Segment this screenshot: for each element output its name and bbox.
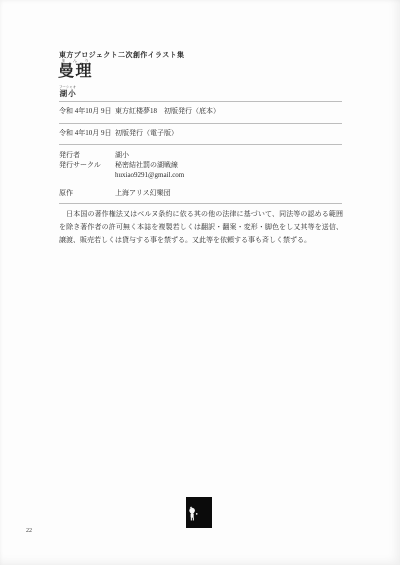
page-number: 22 [26,528,32,534]
divider [59,144,342,145]
colophon-page: 東方プロジェクト二次創作イラスト集 曼理 まんり 湖小 フーシャオ 令和 4年1… [0,0,400,565]
circle-row: 発行サークル 秘密結社罰の湖戦線 [59,160,342,170]
divider [59,203,342,204]
author-name: 湖小 [59,89,76,98]
edition-detail: 東方紅楼夢18 初版発行（底本） [115,106,220,116]
original-work-value: 上海アリス幻樂団 [115,188,171,198]
publisher-label: 発行者 [59,150,80,160]
copyright-notice: 日本国の著作権法又はベルヌ条約に依る其の他の法律に基づいて、同法等の認める範囲を… [59,208,343,248]
edition-date: 令和 4年10月 9日 [59,128,112,138]
original-work-row: 原作 上海アリス幻樂団 [59,188,342,198]
book-title: 曼理 まんり [58,58,99,81]
publisher-value: 湖小 [115,150,129,160]
edition-detail: 初版発行（電子版） [115,128,178,138]
publisher-row: 発行者 湖小 [59,150,342,160]
circle-name: 秘密結社罰の湖戦線 [115,160,178,170]
divider [59,123,342,124]
original-work-label: 原作 [59,188,73,198]
book-title-text: 曼理 [58,63,93,80]
author: 湖小 フーシャオ [59,83,76,101]
author-furigana: フーシャオ [59,85,76,89]
edition-row-print: 令和 4年10月 9日 東方紅楼夢18 初版発行（底本） [59,106,342,116]
edition-date: 令和 4年10月 9日 [59,106,112,116]
book-title-furigana: まんり [58,58,93,63]
circle-label: 発行サークル [59,160,101,170]
publisher-mark-logo [186,497,212,528]
edition-row-digital: 令和 4年10月 9日 初版発行（電子版） [59,128,342,138]
logo-black-square [186,497,212,528]
divider [59,101,342,102]
contact-email: huxiao9291@gmail.com [115,171,184,179]
